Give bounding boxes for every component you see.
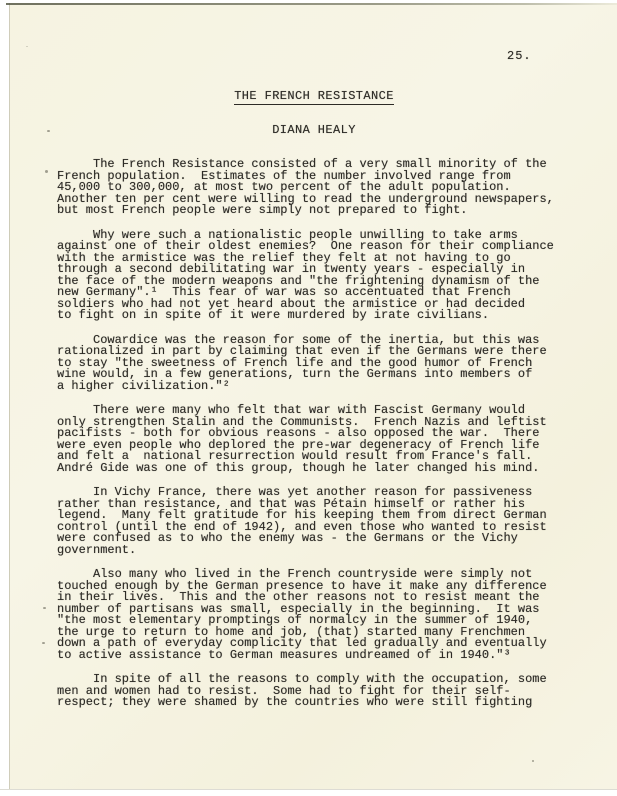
scan-edge-bottom	[0, 789, 617, 796]
paragraph-5: In Vichy France, there was yet another r…	[57, 487, 573, 556]
paragraph-6: Also many who lived in the French countr…	[57, 569, 573, 661]
page-title: THE FRENCH RESISTANCE	[57, 89, 571, 103]
paper-speck	[43, 607, 46, 609]
paragraph-3: Cowardice was the reason for some of the…	[57, 335, 573, 393]
paper-speck	[42, 642, 45, 644]
scan-edge-left	[0, 0, 9, 796]
paragraph-4: There were many who felt that war with F…	[57, 405, 573, 474]
scanned-page: 25. THE FRENCH RESISTANCE DIANA HEALY Th…	[0, 0, 617, 796]
paragraph-1: The French Resistance consisted of a ver…	[57, 159, 573, 217]
paper-speck	[532, 760, 534, 762]
document-body: The French Resistance consisted of a ver…	[57, 159, 573, 722]
paragraph-2: Why were such a nationalistic people unw…	[57, 230, 573, 322]
scan-edge-line	[6, 3, 617, 5]
page-number: 25.	[507, 49, 532, 63]
paragraph-7: In spite of all the reasons to comply wi…	[57, 674, 573, 709]
paper-speck	[47, 130, 50, 132]
page-title-text: THE FRENCH RESISTANCE	[234, 89, 394, 105]
paper-speck	[45, 170, 48, 173]
author-name: DIANA HEALY	[57, 123, 571, 137]
paper-speck	[26, 46, 28, 47]
